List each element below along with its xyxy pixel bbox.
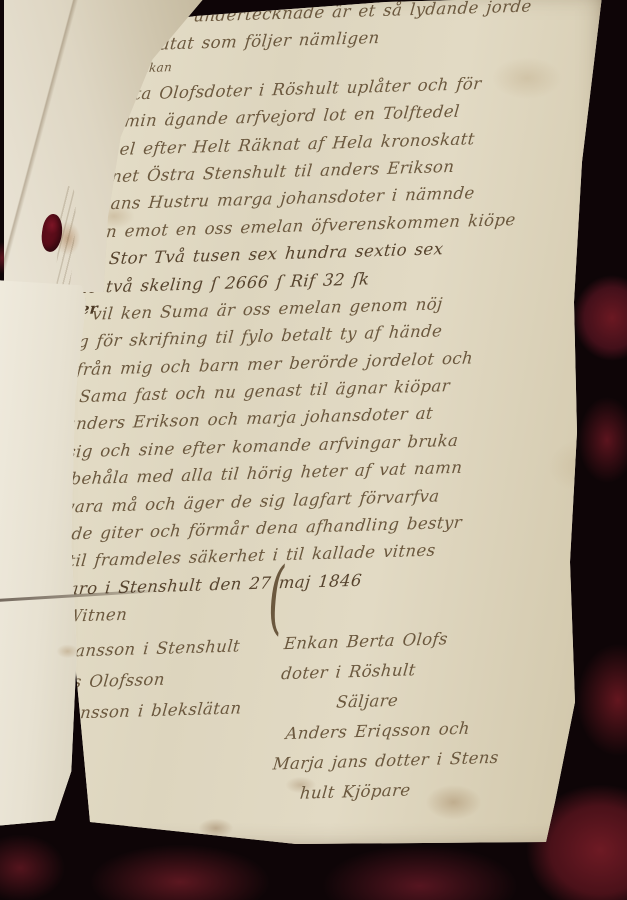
signature-block: Erik Hansson i Stenshult Johanes Olofsso… <box>1 622 526 818</box>
photograph-of-deed: Enkan Rixdaler Emelan oss undertecknade … <box>0 0 627 900</box>
deed-paper: Enkan Rixdaler Emelan oss undertecknade … <box>46 0 612 854</box>
buyer-role: hult Kjöpare <box>269 772 512 809</box>
party-signatures: Enkan Berta Olofs doter i Röshult Säljar… <box>269 622 526 810</box>
